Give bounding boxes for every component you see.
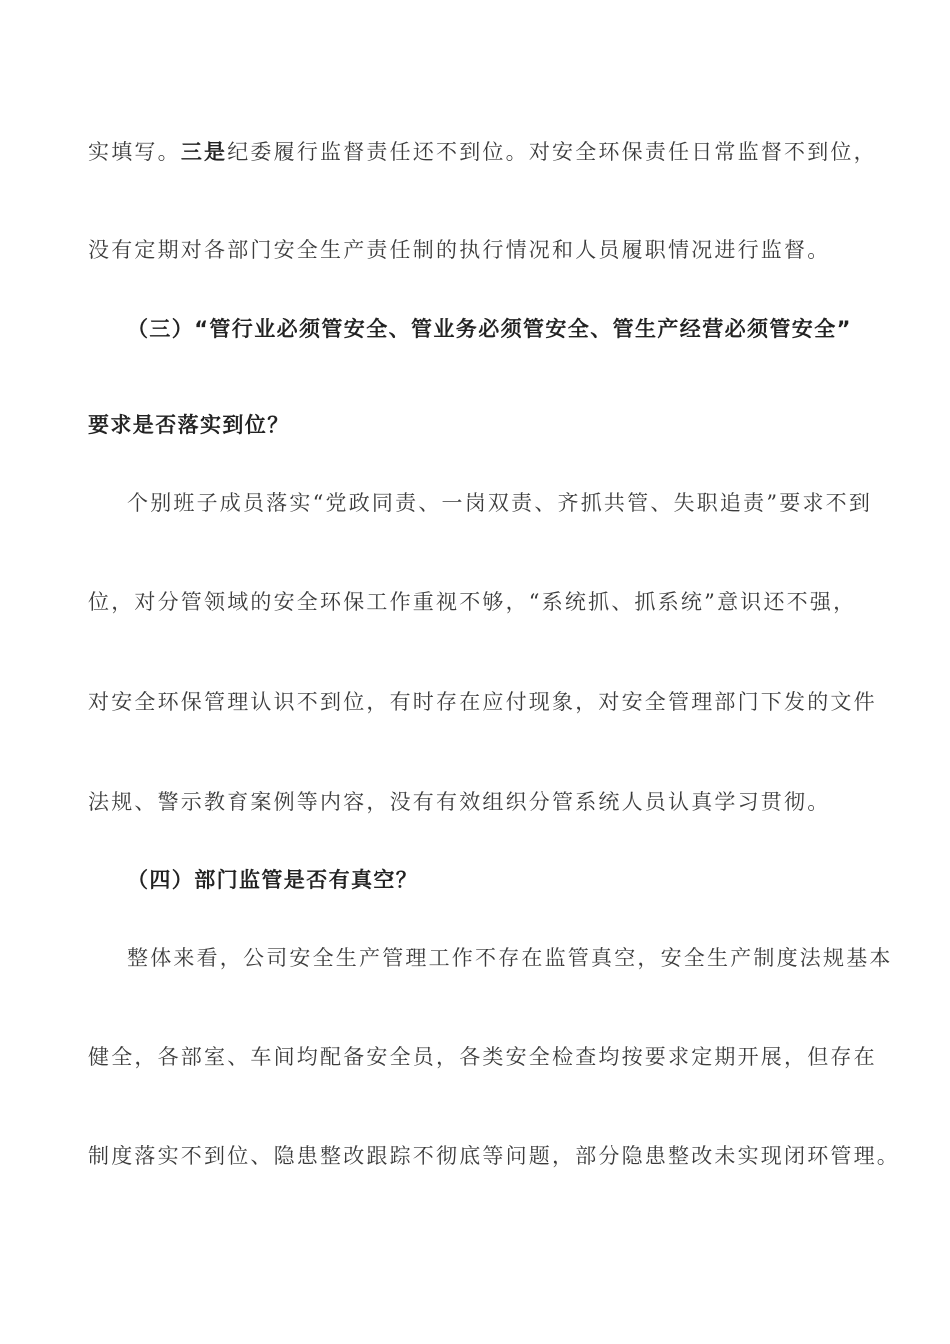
- text-run: 纪委履行监督责任还不到位。对安全环保责任日常监督不到位，: [227, 140, 877, 164]
- paragraph-line: 法规、警示教育案例等内容，没有有效组织分管系统人员认真学习贯彻。: [88, 788, 830, 816]
- document-page: 实填写。三是纪委履行监督责任还不到位。对安全环保责任日常监督不到位， 没有定期对…: [0, 0, 950, 1344]
- section-heading-4: （四）部门监管是否有真空？: [127, 866, 418, 894]
- paragraph-line: 实填写。三是纪委履行监督责任还不到位。对安全环保责任日常监督不到位，: [88, 138, 877, 166]
- emphasis-text: 三是: [181, 140, 227, 164]
- paragraph-line: 没有定期对各部门安全生产责任制的执行情况和人员履职情况进行监督。: [88, 236, 830, 264]
- paragraph-line: 制度落实不到位、隐患整改跟踪不彻底等问题，部分隐患整改未实现闭环管理。: [88, 1142, 900, 1170]
- paragraph-line: 健全，各部室、车间均配备安全员，各类安全检查均按要求定期开展，但存在: [88, 1043, 877, 1071]
- text-run: 实填写。: [88, 140, 181, 164]
- section-heading-3-continued: 要求是否落实到位？: [88, 411, 290, 439]
- paragraph-line: 整体来看，公司安全生产管理工作不存在监管真空，安全生产制度法规基本: [127, 944, 893, 972]
- paragraph-line: 位，对分管领域的安全环保工作重视不够，“系统抓、抓系统”意识还不强，: [88, 588, 856, 616]
- section-heading-3: （三）“管行业必须管安全、管业务必须管安全、管生产经营必须管安全”: [127, 315, 852, 343]
- paragraph-line: 个别班子成员落实“党政同责、一岗双责、齐抓共管、失职追责”要求不到: [127, 489, 872, 517]
- paragraph-line: 对安全环保管理认识不到位，有时存在应付现象，对安全管理部门下发的文件: [88, 688, 877, 716]
